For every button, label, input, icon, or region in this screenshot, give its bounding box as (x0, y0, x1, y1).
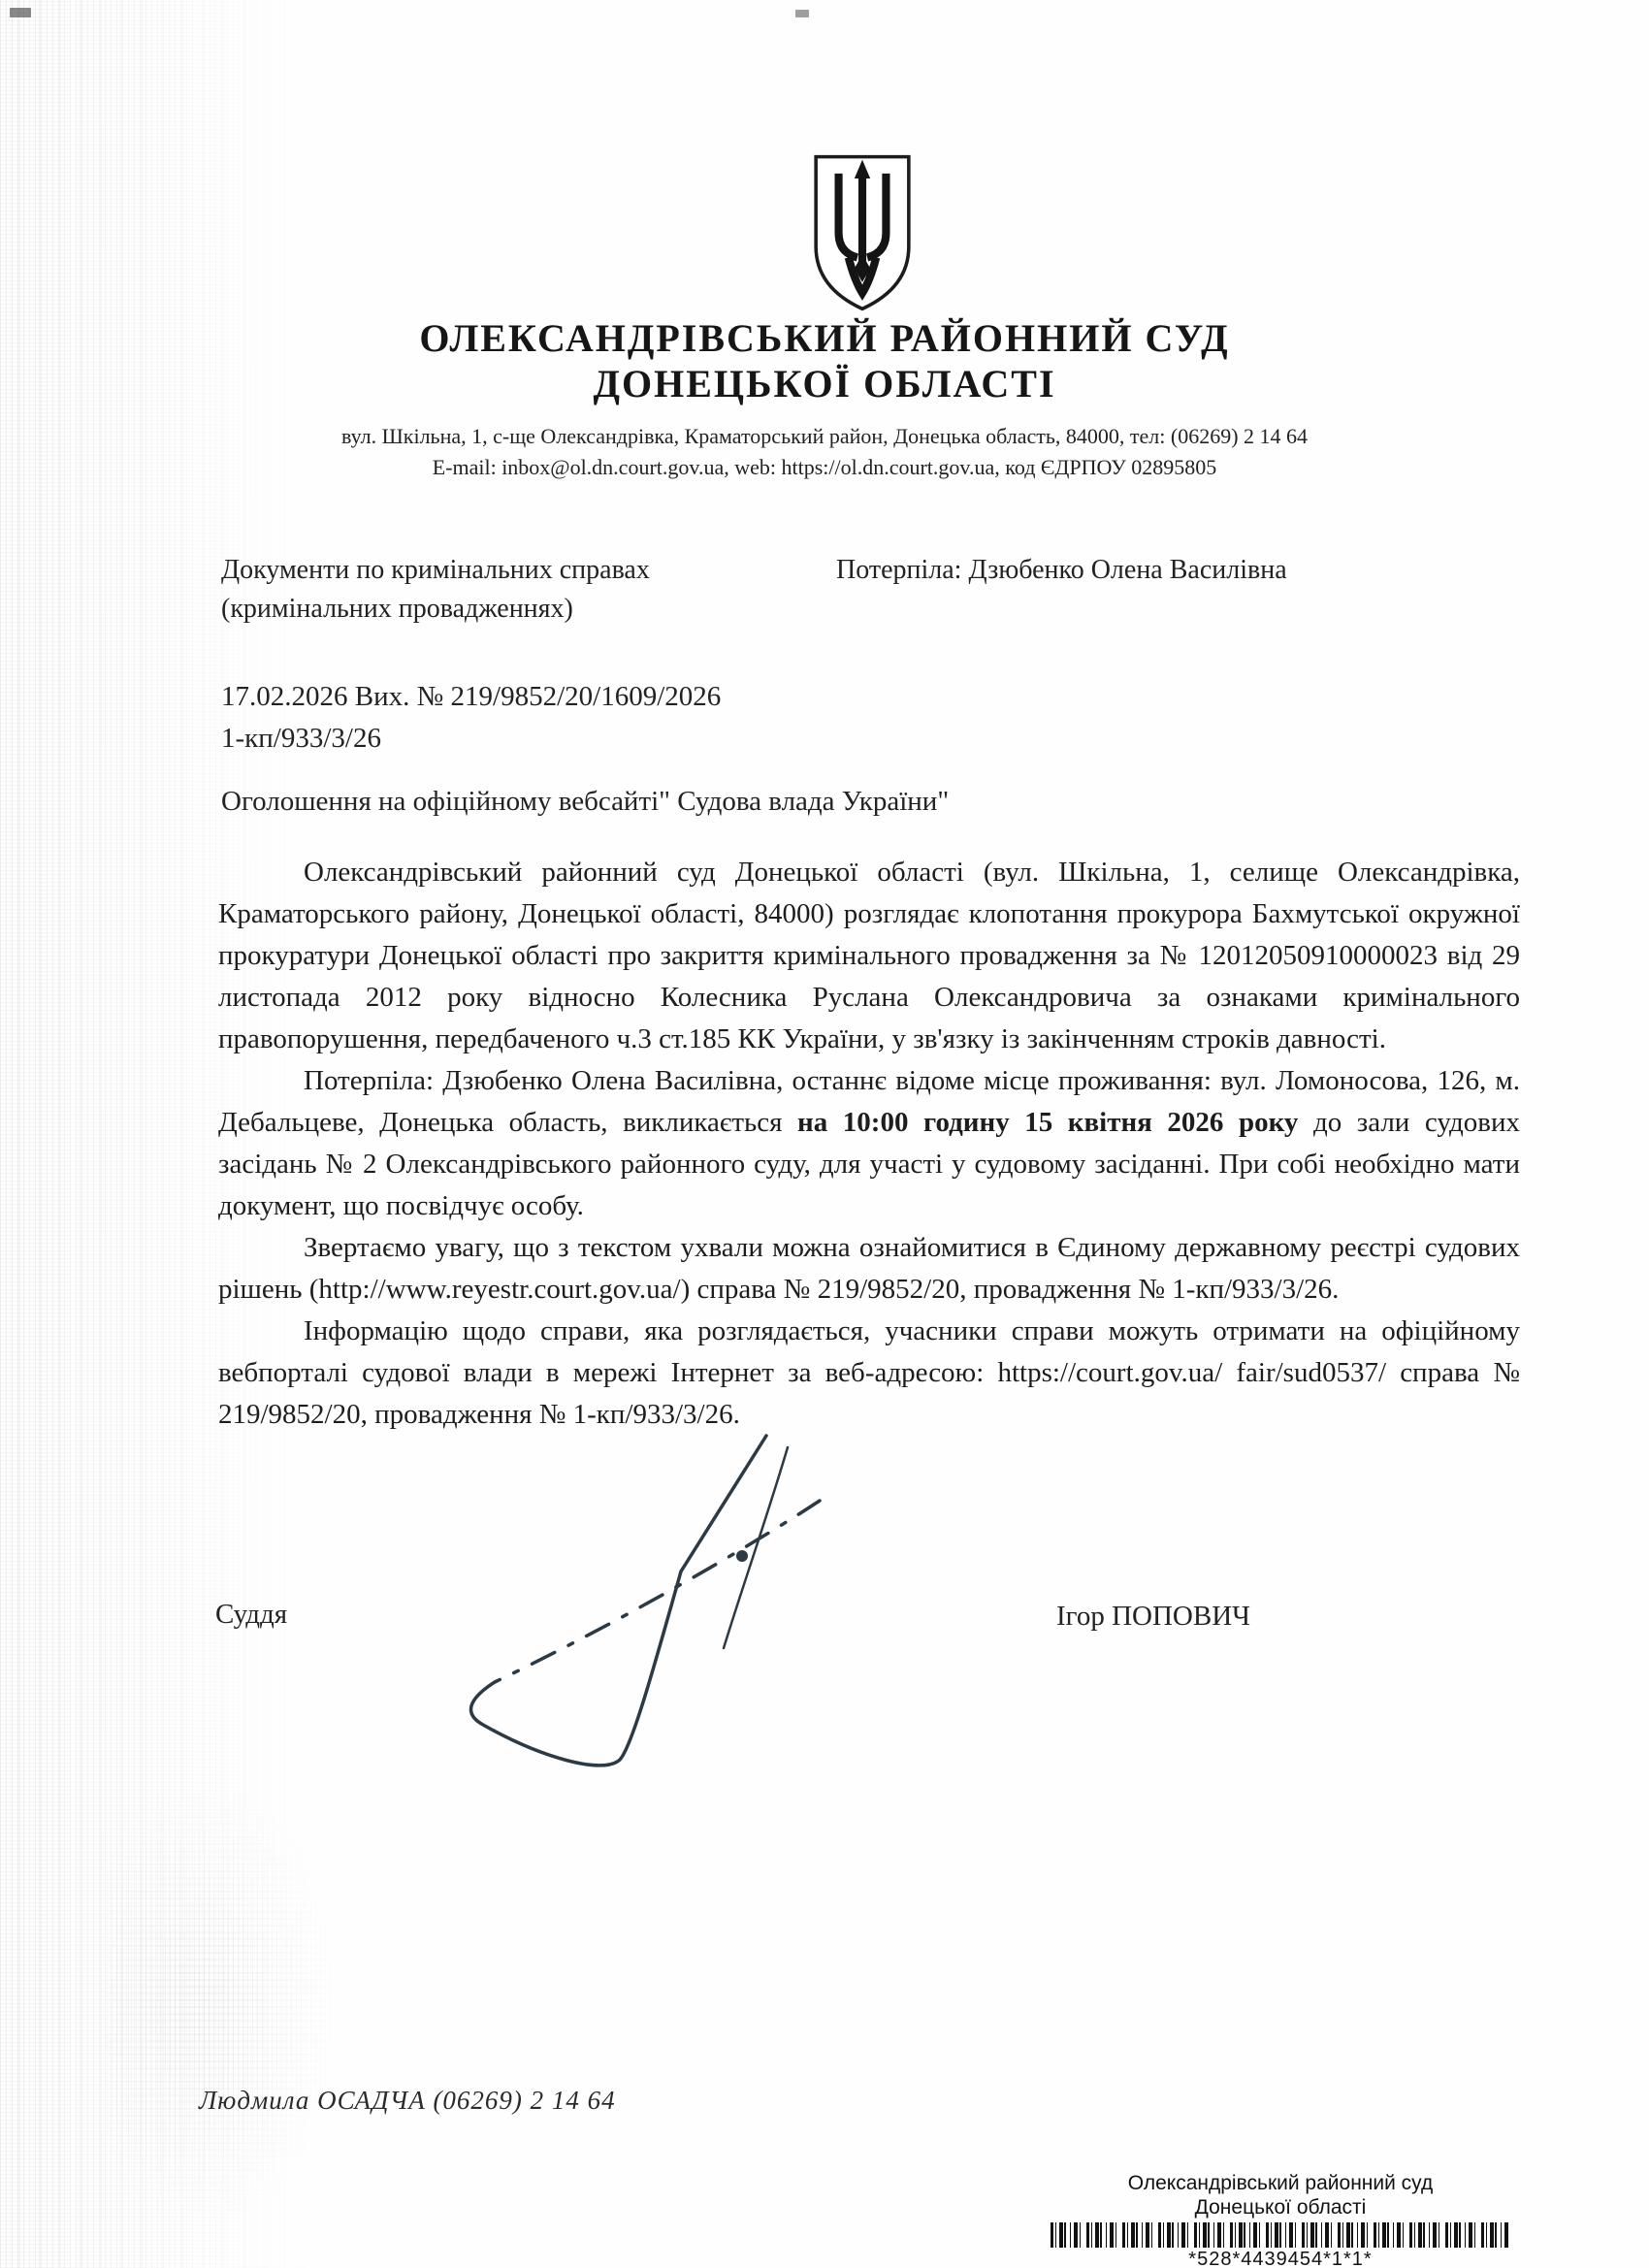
clerk-contact: Людмила ОСАДЧА (06269) 2 14 64 (199, 2086, 616, 2116)
body-paragraph-1: Олександрівський районний суд Донецької … (218, 852, 1520, 1060)
registration-stamp: Олександрівський районний суд Донецької … (1048, 2171, 1513, 2268)
addressee: Потерпіла: Дзюбенко Олена Василівна (836, 555, 1535, 586)
hearing-datetime: на 10:00 годину 15 квітня 2026 року (797, 1107, 1298, 1138)
stamp-court-name-line2: Донецької області (1048, 2195, 1513, 2219)
outgoing-number: 17.02.2026 Вих. № 219/9852/20/1609/2026 (221, 676, 1094, 718)
court-contact-line: E-mail: inbox@ol.dn.court.gov.ua, web: h… (0, 455, 1649, 480)
signature-image (427, 1418, 844, 1797)
court-name: ОЛЕКСАНДРІВСЬКИЙ РАЙОННИЙ СУД ДОНЕЦЬКОЇ … (0, 315, 1649, 406)
body-paragraph-4: Інформацію щодо справи, яка розглядаєтьс… (218, 1311, 1520, 1436)
document-body: Олександрівський районний суд Донецької … (218, 852, 1520, 1436)
subject-line: Оголошення на офіційному вебсайті" Судов… (221, 786, 1288, 818)
scan-speck (10, 8, 31, 17)
case-number: 1-кп/933/3/26 (221, 718, 1094, 760)
stamp-court-name-line1: Олександрівський районний суд (1048, 2171, 1513, 2195)
reference-numbers: 17.02.2026 Вих. № 219/9852/20/1609/2026 … (221, 676, 1094, 760)
court-address-line: вул. Шкільна, 1, с-ще Олександрівка, Кра… (0, 424, 1649, 449)
court-name-line1: ОЛЕКСАНДРІВСЬКИЙ РАЙОННИЙ СУД (0, 315, 1649, 361)
body-paragraph-2: Потерпіла: Дзюбенко Олена Василівна, ост… (218, 1060, 1520, 1227)
judge-name: Ігор ПОПОВИЧ (1056, 1601, 1250, 1633)
document-type: Документи по кримінальних справах (кримі… (221, 551, 803, 629)
barcode-text: *528*4439454*1*1* (1048, 2249, 1513, 2268)
document-type-line1: Документи по кримінальних справах (221, 551, 803, 590)
scan-speck (795, 10, 809, 17)
document-type-line2: (кримінальних провадженнях) (221, 590, 803, 629)
judge-label: Суддя (215, 1599, 287, 1631)
coat-of-arms-icon (808, 151, 917, 314)
court-name-line2: ДОНЕЦЬКОЇ ОБЛАСТІ (0, 361, 1649, 406)
scan-noise-bottom-left (107, 1795, 339, 2212)
body-paragraph-3: Звертаємо увагу, що з текстом ухвали мож… (218, 1227, 1520, 1311)
scanned-court-document: ОЛЕКСАНДРІВСЬКИЙ РАЙОННИЙ СУД ДОНЕЦЬКОЇ … (0, 0, 1649, 2268)
barcode-image (1051, 2222, 1510, 2248)
